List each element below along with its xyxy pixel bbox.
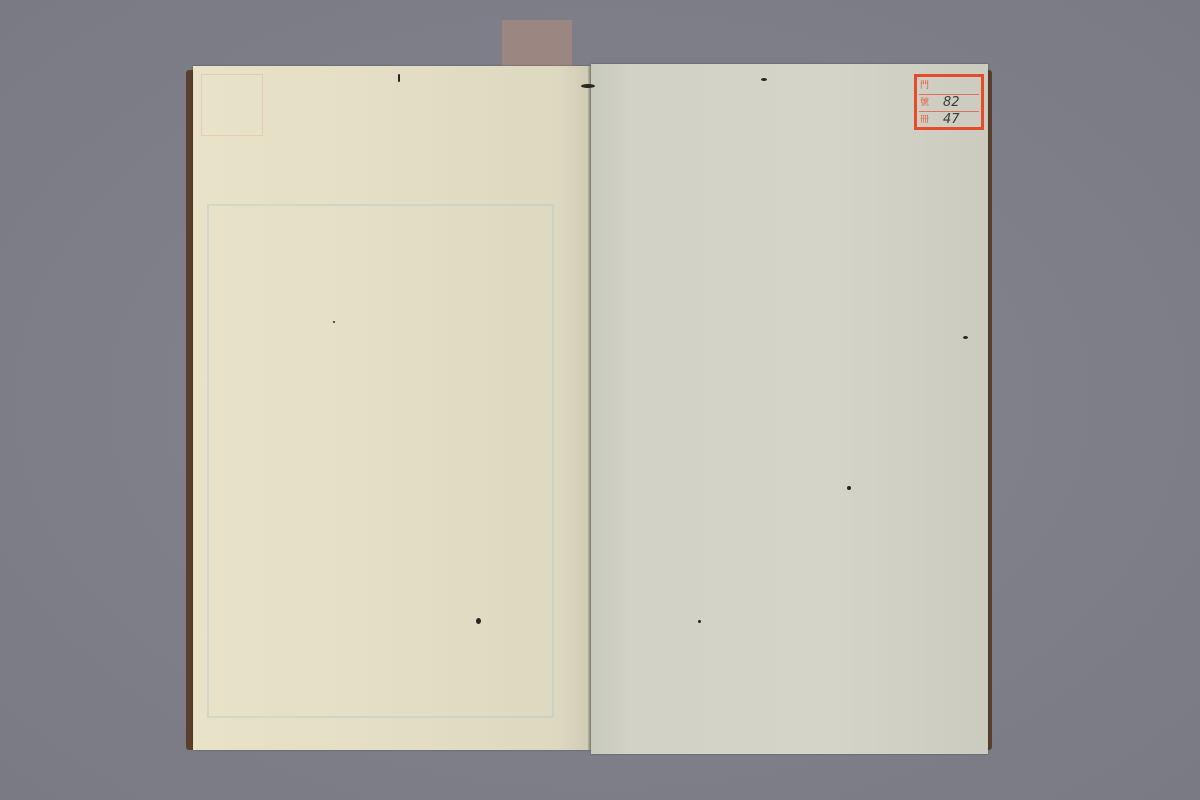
stamp-label: 門 bbox=[920, 80, 929, 92]
thread-fragment bbox=[581, 84, 595, 88]
stamp-row-1: 門 bbox=[919, 78, 979, 95]
right-page bbox=[591, 64, 988, 754]
stamp-value: 82 bbox=[943, 95, 960, 110]
left-page bbox=[193, 66, 590, 750]
ink-speck bbox=[963, 336, 968, 339]
ink-speck bbox=[847, 486, 851, 490]
stamp-label: 冊 bbox=[920, 114, 929, 126]
ink-speck bbox=[698, 620, 701, 623]
ink-speck bbox=[761, 78, 767, 81]
stamp-row-3: 冊 47 bbox=[919, 112, 979, 128]
ink-speck bbox=[333, 321, 335, 323]
faded-corner-seal bbox=[201, 74, 263, 136]
library-call-number-stamp: 門 號 82 冊 47 bbox=[914, 74, 984, 130]
stamp-row-2: 號 82 bbox=[919, 95, 979, 112]
ink-speck bbox=[476, 618, 481, 624]
stamp-value: 47 bbox=[943, 112, 960, 127]
ink-speck bbox=[398, 74, 400, 82]
show-through-print-frame bbox=[207, 204, 554, 718]
stamp-label: 號 bbox=[920, 97, 929, 109]
